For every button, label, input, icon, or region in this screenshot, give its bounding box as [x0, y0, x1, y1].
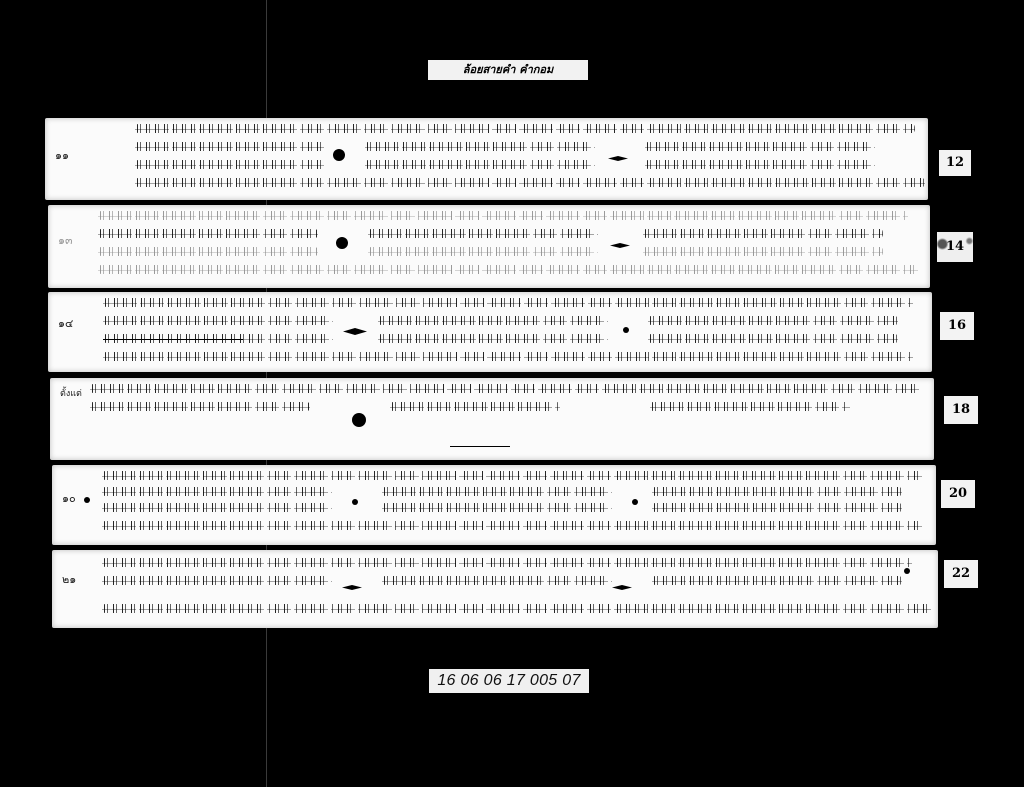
manuscript-line: [378, 316, 608, 325]
manuscript-line: [102, 604, 932, 613]
palm-leaf-4: ตั้งแต่: [50, 378, 934, 460]
manuscript-line: [378, 334, 608, 343]
manuscript-line: [135, 178, 925, 187]
hole-mark: [343, 328, 367, 335]
manuscript-line: [103, 316, 333, 325]
manuscript-line: [390, 402, 560, 411]
page-number-20: 20: [941, 480, 975, 508]
catalog-id-label: 16 06 06 17 005 07: [429, 669, 589, 693]
manuscript-line: [643, 247, 883, 256]
hole-mark: [608, 156, 628, 161]
page-number-14: 14: [937, 232, 973, 262]
palm-leaf-3: ๑๔: [48, 292, 932, 372]
manuscript-line: [645, 160, 875, 169]
binding-hole: [352, 413, 366, 427]
page-number-16: 16: [940, 312, 974, 340]
manuscript-line: [382, 503, 612, 512]
manuscript-line: [135, 124, 915, 133]
scratch-mark: [450, 446, 510, 447]
manuscript-line: [652, 487, 902, 496]
manuscript-line: [90, 384, 920, 393]
page-number-12: 12: [939, 150, 971, 176]
hole-mark: [612, 585, 632, 590]
manuscript-line: [135, 160, 325, 169]
hole-mark: [84, 497, 90, 503]
manuscript-line: [135, 142, 325, 151]
manuscript-line: [645, 142, 875, 151]
manuscript-line: [90, 402, 310, 411]
manuscript-line: [650, 402, 850, 411]
manuscript-line: [98, 265, 918, 274]
page-number-18: 18: [944, 396, 978, 424]
binding-hole: [623, 327, 629, 333]
leaf-line-marker: ๒๑: [62, 570, 76, 588]
manuscript-line: [103, 298, 913, 307]
hole-mark: [342, 585, 362, 590]
manuscript-line: [365, 142, 595, 151]
manuscript-line: [652, 503, 902, 512]
binding-hole: [352, 499, 358, 505]
binding-hole: [336, 237, 348, 249]
binding-hole: [333, 149, 345, 161]
manuscript-line: [102, 471, 922, 480]
manuscript-line: [382, 576, 612, 585]
manuscript-line: [102, 576, 332, 585]
manuscript-line: [648, 334, 898, 343]
palm-leaf-5: ๑๐: [52, 465, 936, 545]
leaf-line-marker: ตั้งแต่: [60, 386, 82, 400]
leaf-line-marker: ๑๓: [58, 231, 73, 249]
manuscript-title-label: ล้อยสายคำ คำกอม: [428, 60, 588, 80]
strikethrough-mark: [103, 339, 243, 340]
leaf-line-marker: ๑๐: [62, 489, 76, 507]
manuscript-line: [102, 503, 332, 512]
manuscript-line: [98, 247, 318, 256]
manuscript-line: [368, 229, 598, 238]
palm-leaf-6: ๒๑: [52, 550, 938, 628]
manuscript-line: [98, 229, 318, 238]
manuscript-line: [102, 487, 332, 496]
leaf-line-marker: ๑๑: [55, 146, 69, 164]
palm-leaf-1: ๑๑: [45, 118, 928, 200]
manuscript-line: [98, 211, 908, 220]
manuscript-line: [648, 316, 898, 325]
page-number-22: 22: [944, 560, 978, 588]
manuscript-line: [103, 352, 913, 361]
manuscript-line: [382, 487, 612, 496]
manuscript-line: [643, 229, 883, 238]
manuscript-line: [365, 160, 595, 169]
manuscript-line: [102, 521, 922, 530]
leaf-line-marker: ๑๔: [58, 314, 73, 332]
hole-mark: [610, 243, 630, 248]
manuscript-line: [368, 247, 598, 256]
ink-mark: [904, 568, 910, 574]
manuscript-line: [652, 576, 902, 585]
palm-leaf-2: ๑๓: [48, 205, 930, 288]
manuscript-line: [102, 558, 912, 567]
binding-hole: [632, 499, 638, 505]
